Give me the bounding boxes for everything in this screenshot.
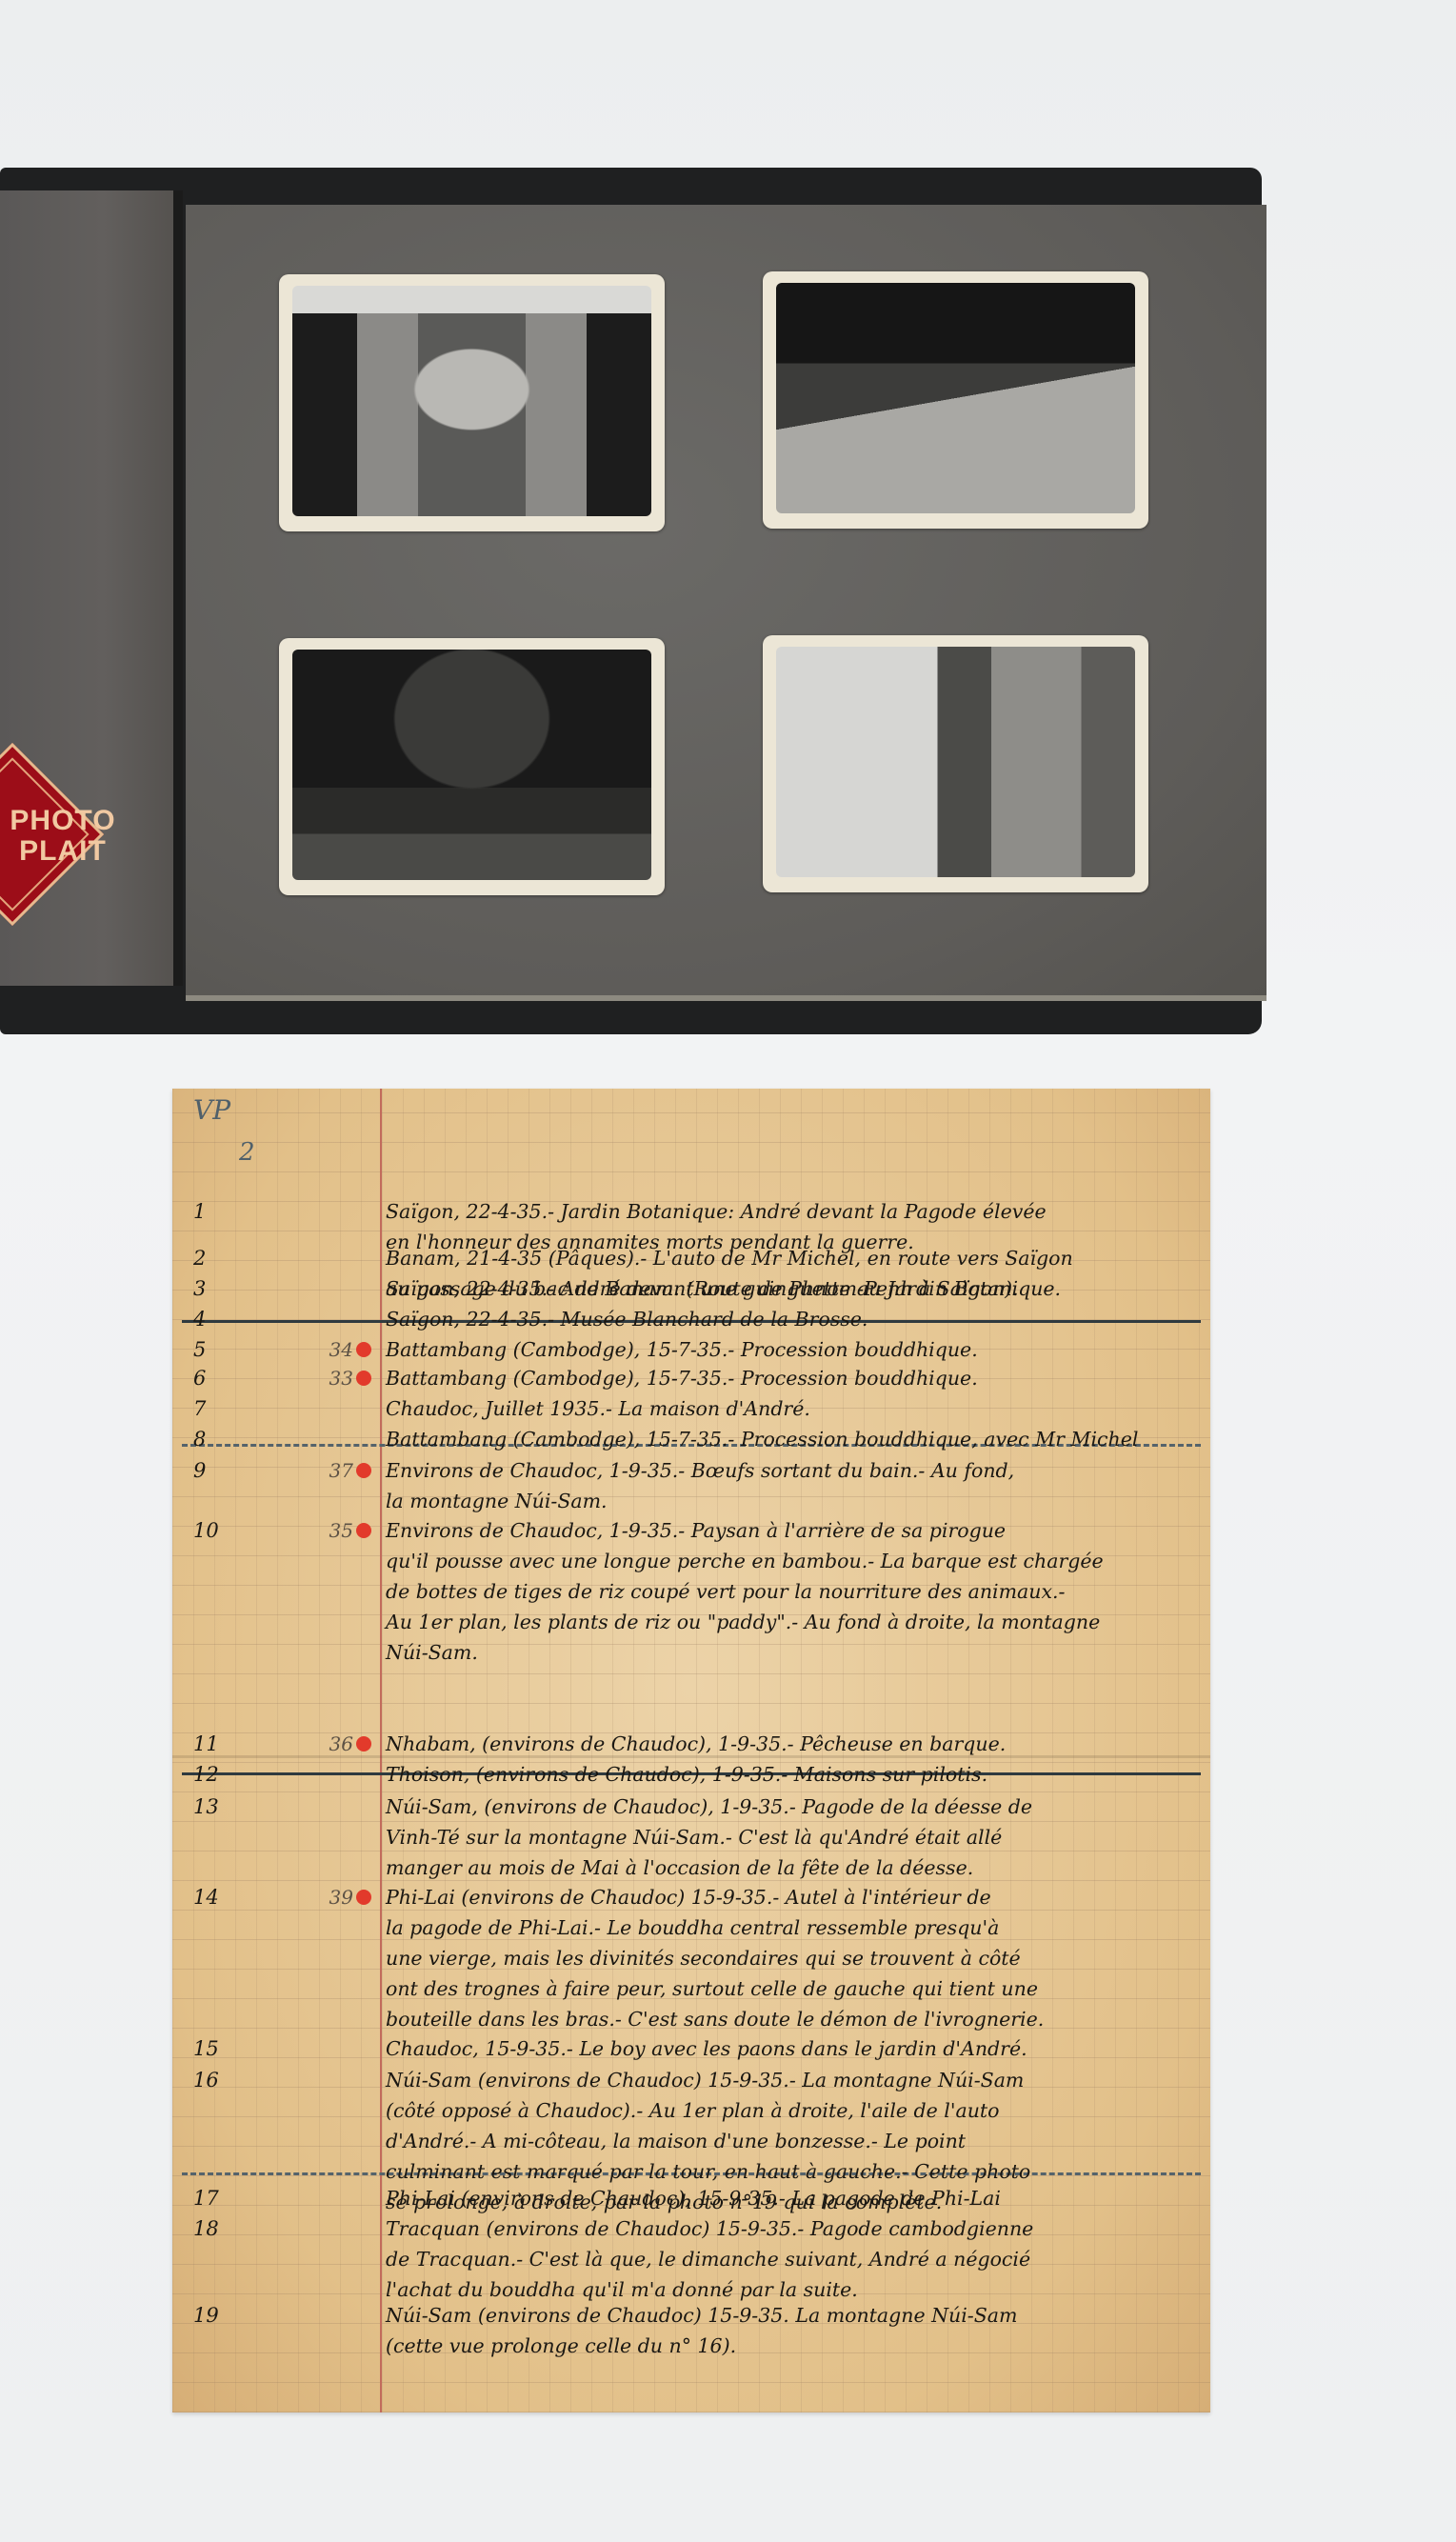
caption-text: Banam, 21-4-35 (Pâques).- L'auto de Mr M… [386,1247,1073,1270]
caption-entry: 1439Phi-Lai (environs de Chaudoc) 15-9-3… [172,1882,1210,1911]
entry-number: 10 [193,1519,231,1542]
caption-continuation: l'achat du bouddha qu'il m'a donné par l… [172,2274,1210,2303]
caption-entry: 19Núi-Sam (environs de Chaudoc) 15-9-35.… [172,2300,1210,2329]
red-dot-marker-icon [356,1890,371,1905]
entry-number: 4 [193,1308,231,1331]
caption-text: Núi-Sam. [386,1641,478,1664]
photo-image [292,286,651,516]
caption-entry: 12Thoison, (environs de Chaudoc), 1-9-35… [172,1759,1210,1788]
entry-number: 2 [193,1247,231,1270]
caption-continuation: (cette vue prolonge celle du n° 16). [172,2331,1210,2359]
entry-number: 16 [193,2069,231,2092]
caption-entry: 4Saïgon, 22-4-35.- Musée Blanchard de la… [172,1304,1210,1332]
album-photo-number: 37 [315,1459,353,1482]
caption-text: Vinh-Té sur la montagne Núi-Sam.- C'est … [386,1826,1002,1849]
caption-text: Tracquan (environs de Chaudoc) 15-9-35.-… [386,2217,1033,2240]
caption-continuation: (côté opposé à Chaudoc).- Au 1er plan à … [172,2095,1210,2124]
caption-entry: 15Chaudoc, 15-9-35.- Le boy avec les pao… [172,2033,1210,2062]
caption-text: la pagode de Phi-Lai.- Le bouddha centra… [386,1916,999,1939]
photo-pavilion [279,638,665,895]
caption-continuation: ont des trognes à faire peur, surtout ce… [172,1973,1210,2002]
red-dot-marker-icon [356,1371,371,1386]
entry-number: 14 [193,1886,231,1909]
entry-number: 17 [193,2187,231,2210]
photo-plait-label-text: PHOTO PLAIT [0,806,130,867]
caption-continuation: Vinh-Té sur la montagne Núi-Sam.- C'est … [172,1822,1210,1851]
caption-continuation: la montagne Núi-Sam. [172,1486,1210,1514]
reference-page: 2 [239,1138,255,1167]
caption-entry: 1Saïgon, 22-4-35.- Jardin Botanique: And… [172,1196,1210,1225]
red-dot-marker-icon [356,1463,371,1478]
caption-text: manger au mois de Mai à l'occasion de la… [386,1856,973,1879]
photo-image [292,650,651,880]
caption-text: Saïgon, 22-4-35.- André devant une guing… [386,1277,1061,1300]
handwritten-caption-sheet: VP 2 1Saïgon, 22-4-35.- Jardin Botanique… [172,1089,1210,2412]
caption-text: (cette vue prolonge celle du n° 16). [386,2334,736,2357]
entry-number: 12 [193,1763,231,1786]
caption-text: Environs de Chaudoc, 1-9-35.- Bœufs sort… [386,1459,1014,1482]
caption-text: Saïgon, 22-4-35.- Musée Blanchard de la … [386,1308,868,1331]
photo-album: PHOTO PLAIT [0,162,1267,1043]
caption-text: de Tracquan.- C'est là que, le dimanche … [386,2248,1030,2271]
caption-continuation: la pagode de Phi-Lai.- Le bouddha centra… [172,1912,1210,1941]
photo-car-ferry [763,271,1148,529]
caption-entry: 7Chaudoc, Juillet 1935.- La maison d'And… [172,1393,1210,1422]
caption-continuation: Au 1er plan, les plants de riz ou "paddy… [172,1607,1210,1635]
paper-fold [172,1755,1210,1758]
caption-continuation: de Tracquan.- C'est là que, le dimanche … [172,2244,1210,2272]
caption-text: (côté opposé à Chaudoc).- Au 1er plan à … [386,2099,1000,2122]
photo-pagoda [279,274,665,531]
caption-text: l'achat du bouddha qu'il m'a donné par l… [386,2278,858,2301]
caption-continuation: qu'il pousse avec une longue perche en b… [172,1546,1210,1574]
caption-continuation: manger au mois de Mai à l'occasion de la… [172,1852,1210,1881]
album-photo-number: 35 [315,1519,353,1542]
caption-continuation: une vierge, mais les divinités secondair… [172,1943,1210,1972]
caption-text: Battambang (Cambodge), 15-7-35.- Process… [386,1367,978,1390]
caption-text: la montagne Núi-Sam. [386,1490,608,1512]
caption-entry: 2Banam, 21-4-35 (Pâques).- L'auto de Mr … [172,1243,1210,1271]
entry-number: 19 [193,2304,231,2327]
caption-text: une vierge, mais les divinités secondair… [386,1947,1021,1970]
caption-text: Environs de Chaudoc, 1-9-35.- Paysan à l… [386,1519,1006,1542]
caption-text: qu'il pousse avec une longue perche en b… [386,1550,1104,1572]
caption-continuation: de bottes de tiges de riz coupé vert pou… [172,1576,1210,1605]
caption-text: Saïgon, 22-4-35.- Jardin Botanique: Andr… [386,1200,1047,1223]
caption-text: Núi-Sam (environs de Chaudoc) 15-9-35.- … [386,2069,1024,2092]
album-photo-number: 33 [315,1367,353,1390]
caption-text: culminant est marqué par la tour, en hau… [386,2160,1030,2183]
entry-number: 8 [193,1428,231,1451]
caption-text: Chaudoc, Juillet 1935.- La maison d'Andr… [386,1397,810,1420]
reference-mark: VP [193,1094,230,1126]
album-photo-number: 39 [315,1886,353,1909]
caption-text: Núi-Sam (environs de Chaudoc) 15-9-35. L… [386,2304,1017,2327]
entry-number: 6 [193,1367,231,1390]
entry-number: 13 [193,1795,231,1818]
caption-text: bouteille dans les bras.- C'est sans dou… [386,2008,1044,2031]
caption-text: Nhabam, (environs de Chaudoc), 1-9-35.- … [386,1732,1006,1755]
caption-text: de bottes de tiges de riz coupé vert pou… [386,1580,1065,1603]
caption-entry: 18Tracquan (environs de Chaudoc) 15-9-35… [172,2213,1210,2242]
caption-text: Phi-Lai (environs de Chaudoc) 15-9-35.- … [386,1886,991,1909]
entry-number: 1 [193,1200,231,1223]
entry-number: 11 [193,1732,231,1755]
entry-number: 9 [193,1459,231,1482]
entry-number: 3 [193,1277,231,1300]
label-line-1: PHOTO [0,806,130,836]
red-dot-marker-icon [356,1342,371,1357]
caption-text: Núi-Sam, (environs de Chaudoc), 1-9-35.-… [386,1795,1032,1818]
caption-entry: 937Environs de Chaudoc, 1-9-35.- Bœufs s… [172,1455,1210,1484]
caption-entry: 13Núi-Sam, (environs de Chaudoc), 1-9-35… [172,1791,1210,1820]
caption-text: Battambang (Cambodge), 15-7-35.- Process… [386,1428,1138,1451]
caption-text: Phi-Lai (environs de Chaudoc), 15-9-35.-… [386,2187,1001,2210]
label-line-2: PLAIT [0,836,130,867]
caption-entry: 534Battambang (Cambodge), 15-7-35.- Proc… [172,1334,1210,1363]
caption-text: Au 1er plan, les plants de riz ou "paddy… [386,1611,1100,1633]
caption-entry: 17Phi-Lai (environs de Chaudoc), 15-9-35… [172,2183,1210,2212]
caption-text: ont des trognes à faire peur, surtout ce… [386,1977,1038,2000]
caption-continuation: d'André.- A mi-côteau, la maison d'une b… [172,2126,1210,2154]
album-photo-number: 34 [315,1338,353,1361]
entry-number: 18 [193,2217,231,2240]
photo-museum [763,635,1148,892]
caption-continuation: Núi-Sam. [172,1637,1210,1666]
caption-entry: 1136Nhabam, (environs de Chaudoc), 1-9-3… [172,1729,1210,1757]
caption-text: d'André.- A mi-côteau, la maison d'une b… [386,2130,966,2152]
album-photo-number: 36 [315,1732,353,1755]
caption-entry: 3Saïgon, 22-4-35.- André devant une guin… [172,1273,1210,1302]
caption-text: Thoison, (environs de Chaudoc), 1-9-35.-… [386,1763,987,1786]
entry-number: 15 [193,2037,231,2060]
caption-continuation: culminant est marqué par la tour, en hau… [172,2156,1210,2185]
caption-entry: 633Battambang (Cambodge), 15-7-35.- Proc… [172,1363,1210,1391]
caption-entry: 1035Environs de Chaudoc, 1-9-35.- Paysan… [172,1515,1210,1544]
caption-entry: 8Battambang (Cambodge), 15-7-35.- Proces… [172,1424,1210,1452]
caption-entry: 16Núi-Sam (environs de Chaudoc) 15-9-35.… [172,2065,1210,2093]
photo-image [776,283,1135,513]
photo-image [776,647,1135,877]
caption-text: Battambang (Cambodge), 15-7-35.- Process… [386,1338,978,1361]
album-page [186,205,1267,1001]
entry-number: 5 [193,1338,231,1361]
red-dot-marker-icon [356,1736,371,1751]
entry-number: 7 [193,1397,231,1420]
caption-continuation: bouteille dans les bras.- C'est sans dou… [172,2004,1210,2032]
red-dot-marker-icon [356,1523,371,1538]
caption-text: Chaudoc, 15-9-35.- Le boy avec les paons… [386,2037,1027,2060]
